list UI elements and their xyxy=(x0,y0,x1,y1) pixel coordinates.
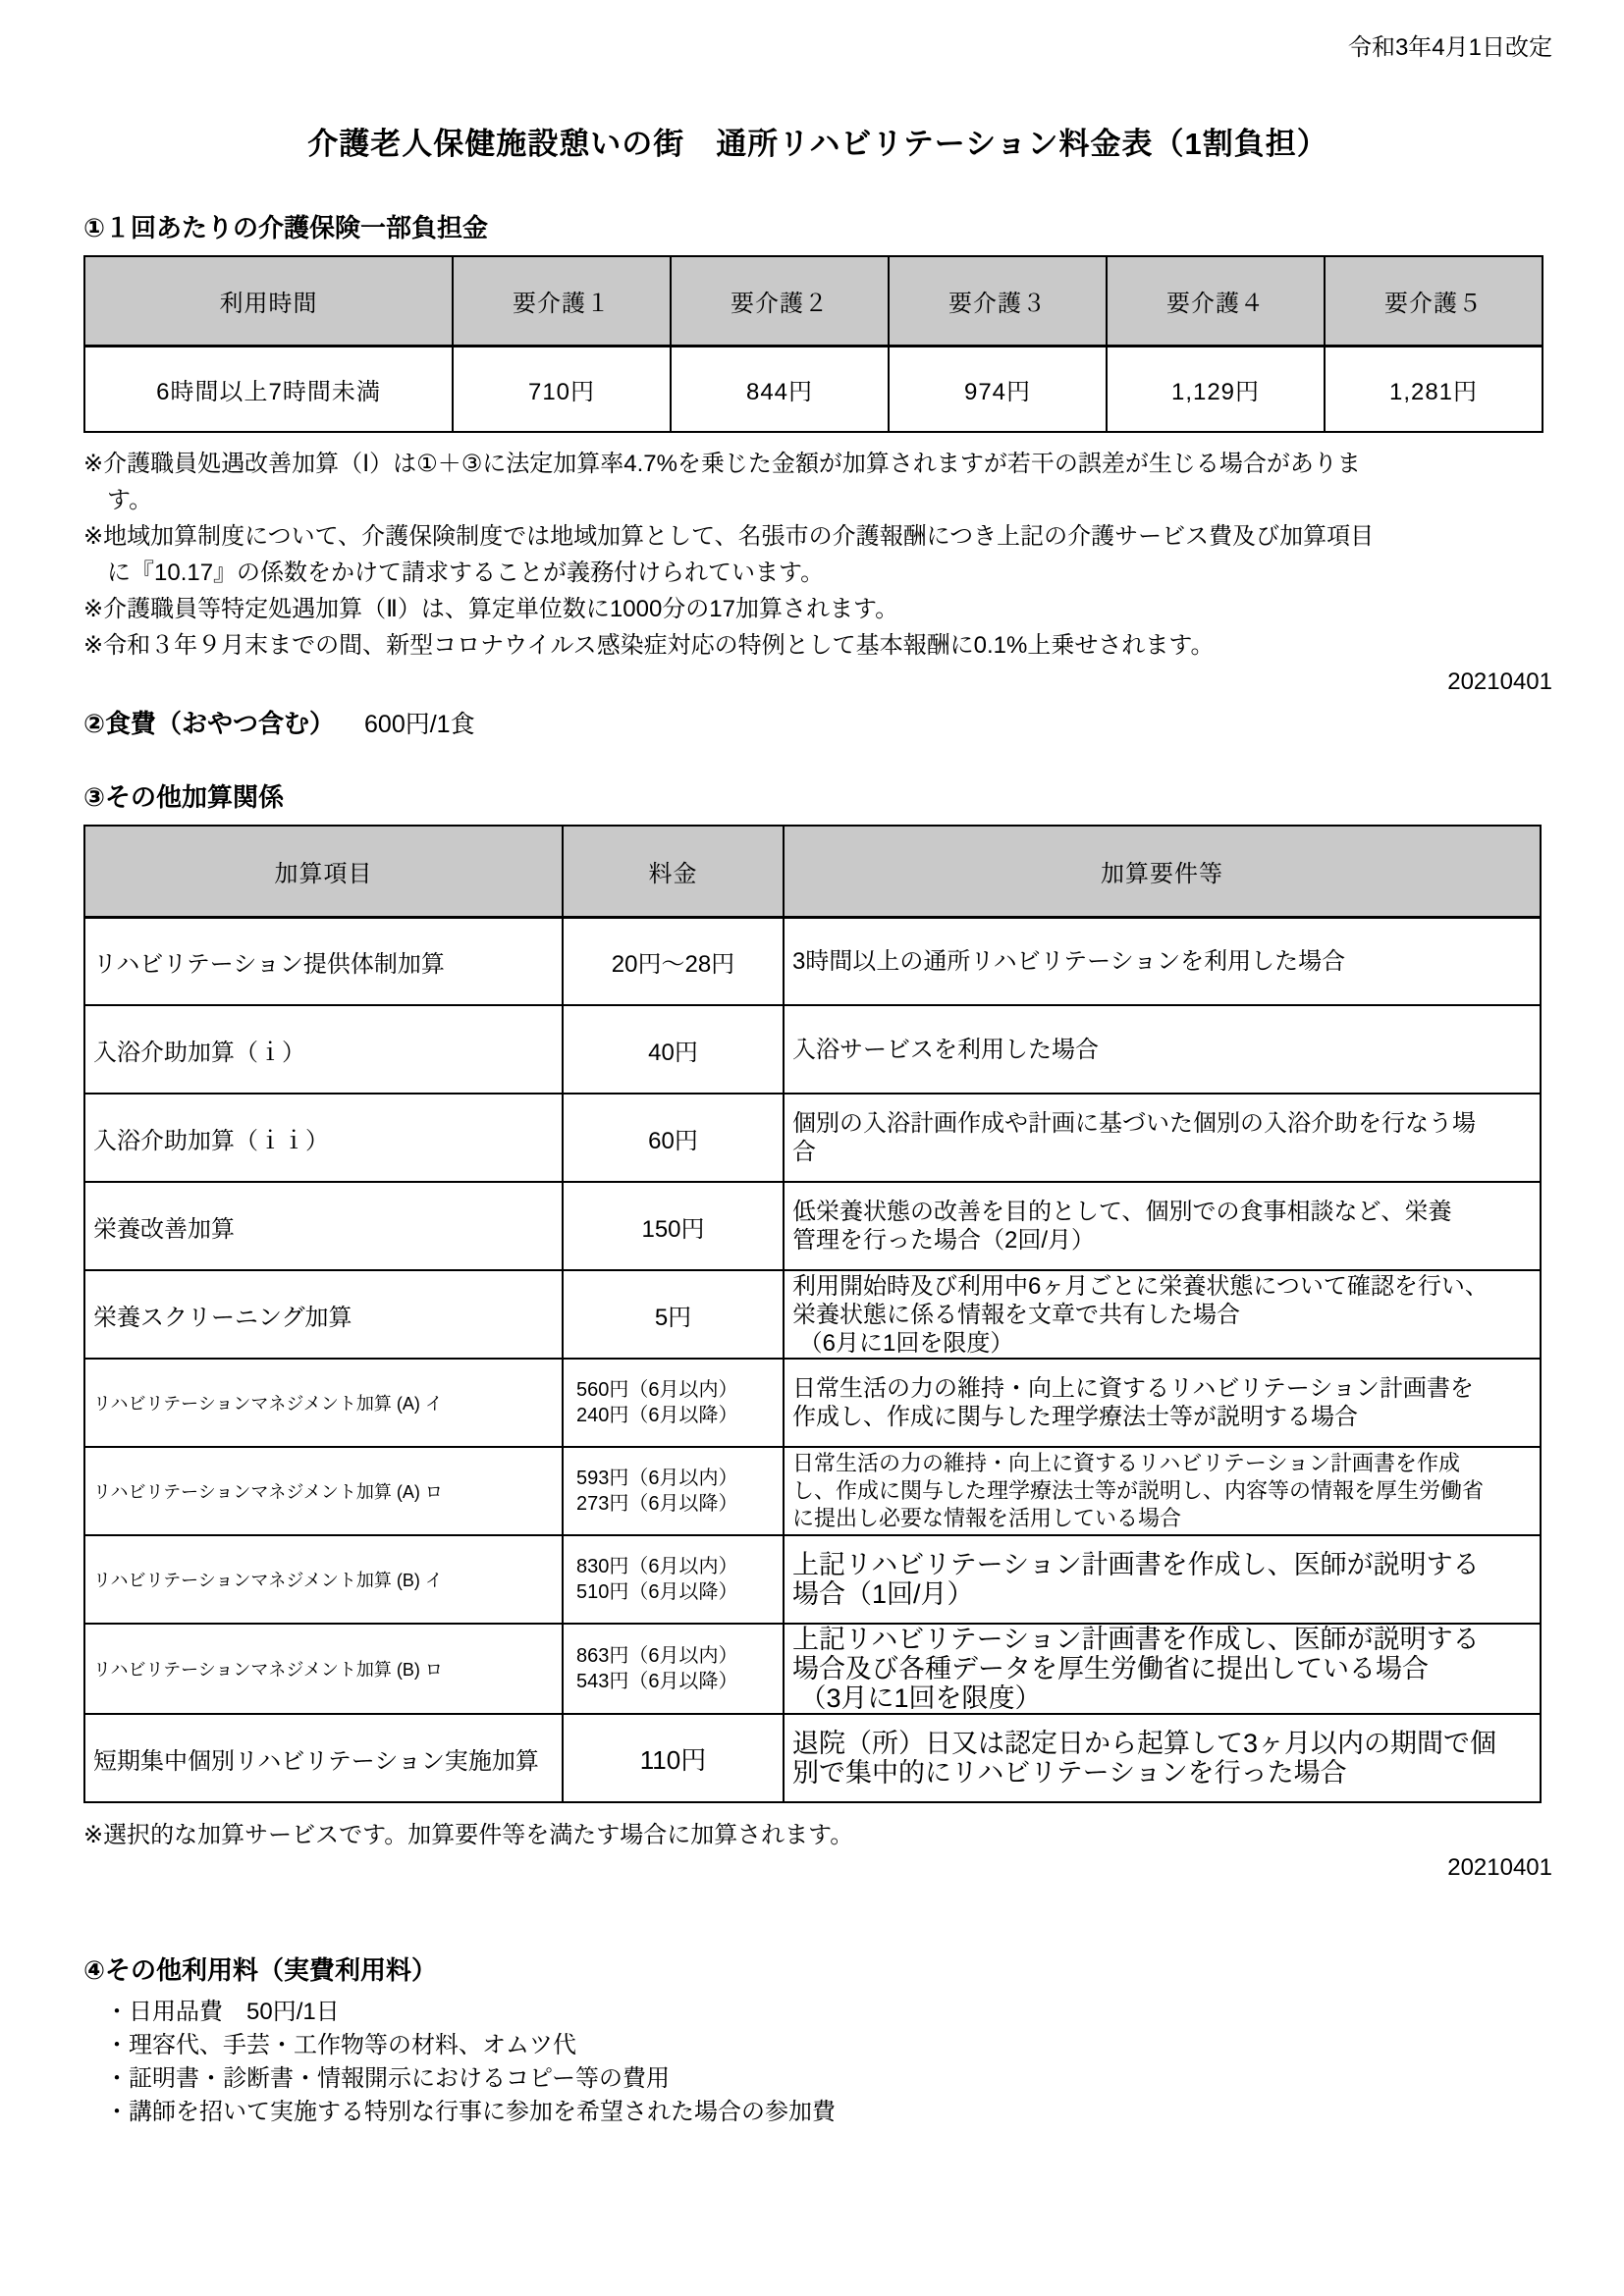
addition-item-cell: 栄養スクリーニング加算 xyxy=(84,1270,563,1359)
price-cell: 1,281円 xyxy=(1325,346,1543,432)
condition-cell: 退院（所）日又は認定日から起算して3ヶ月以内の期間で個 別で集中的にリハビリテー… xyxy=(784,1714,1541,1802)
addition-item-cell: リハビリテーションマネジメント加算 (A) ロ xyxy=(84,1447,563,1535)
table-header-row: 利用時間要介護１要介護２要介護３要介護４要介護５ xyxy=(84,256,1543,346)
revision-date: 令和3年4月1日改定 xyxy=(83,27,1552,62)
note-line: ※地域加算制度について、介護保険制度では地域加算として、名張市の介護報酬につき上… xyxy=(83,518,1552,591)
section4-heading: ④その他利用料（実費利用料） xyxy=(83,1950,1552,1987)
condition-cell: 利用開始時及び利用中6ヶ月ごとに栄養状態について確認を行い、 栄養状態に係る情報… xyxy=(784,1270,1541,1359)
meal-fee-value: 600円/1食 xyxy=(364,711,475,738)
price-cell: 844円 xyxy=(671,346,889,432)
column-header: 要介護３ xyxy=(889,256,1107,346)
table-header-row: 加算項目料金加算要件等 xyxy=(84,826,1541,917)
table-row: 入浴介助加算（ｉｉ）60円個別の入浴計画作成や計画に基づいた個別の入浴介助を行な… xyxy=(84,1094,1541,1182)
table-row: リハビリテーションマネジメント加算 (A) ロ593円（6月以内） 273円（6… xyxy=(84,1447,1541,1535)
meal-fee-line: ②食費（おやつ含む）600円/1食 xyxy=(83,704,1552,740)
note-line: ※介護職員処遇改善加算（Ⅰ）は①＋③に法定加算率4.7%を乗じた金額が加算されま… xyxy=(83,446,1552,518)
table-row: 6時間以上7時間未満710円844円974円1,129円1,281円 xyxy=(84,346,1543,432)
price-cell: 5円 xyxy=(563,1270,784,1359)
usage-time-cell: 6時間以上7時間未満 xyxy=(84,346,453,432)
column-header: 要介護１ xyxy=(453,256,671,346)
section1-notes: ※介護職員処遇改善加算（Ⅰ）は①＋③に法定加算率4.7%を乗じた金額が加算されま… xyxy=(83,446,1552,664)
price-cell: 830円（6月以内） 510円（6月以降） xyxy=(563,1535,784,1624)
fee-list-item: ・日用品費 50円/1日 xyxy=(105,1996,1552,2029)
addition-item-cell: リハビリテーションマネジメント加算 (A) イ xyxy=(84,1359,563,1447)
page-title: 介護老人保健施設憩いの街 通所リハビリテーション料金表（1割負担） xyxy=(83,119,1552,163)
date-stamp-2: 20210401 xyxy=(83,1854,1552,1882)
column-header: 利用時間 xyxy=(84,256,453,346)
condition-cell: 入浴サービスを利用した場合 xyxy=(784,1005,1541,1094)
note-line: ※令和３年９月末までの間、新型コロナウイルス感染症対応の特例として基本報酬に0.… xyxy=(83,627,1552,664)
condition-cell: 日常生活の力の維持・向上に資するリハビリテーション計画書を作成 し、作成に関与し… xyxy=(784,1447,1541,1535)
date-stamp-1: 20210401 xyxy=(83,668,1552,696)
price-cell: 60円 xyxy=(563,1094,784,1182)
care-insurance-copay-table: 利用時間要介護１要介護２要介護３要介護４要介護５ 6時間以上7時間未満710円8… xyxy=(83,255,1543,433)
column-header: 要介護５ xyxy=(1325,256,1543,346)
price-cell: 40円 xyxy=(563,1005,784,1094)
table-row: 栄養スクリーニング加算5円利用開始時及び利用中6ヶ月ごとに栄養状態について確認を… xyxy=(84,1270,1541,1359)
price-cell: 1,129円 xyxy=(1107,346,1325,432)
section1-heading: ①１回あたりの介護保険一部負担金 xyxy=(83,208,1552,244)
table-row: リハビリテーションマネジメント加算 (B) ロ863円（6月以内） 543円（6… xyxy=(84,1624,1541,1714)
addition-item-cell: 入浴介助加算（ｉｉ） xyxy=(84,1094,563,1182)
price-cell: 110円 xyxy=(563,1714,784,1802)
price-cell: 710円 xyxy=(453,346,671,432)
price-cell: 20円～28円 xyxy=(563,917,784,1005)
addition-fees-table: 加算項目料金加算要件等 リハビリテーション提供体制加算20円～28円3時間以上の… xyxy=(83,825,1542,1803)
section3-heading: ③その他加算関係 xyxy=(83,777,1552,814)
price-cell: 863円（6月以内） 543円（6月以降） xyxy=(563,1624,784,1714)
condition-cell: 低栄養状態の改善を目的として、個別での食事相談など、栄養 管理を行った場合（2回… xyxy=(784,1182,1541,1270)
condition-cell: 上記リハビリテーション計画書を作成し、医師が説明する 場合（1回/月） xyxy=(784,1535,1541,1624)
condition-cell: 3時間以上の通所リハビリテーションを利用した場合 xyxy=(784,917,1541,1005)
meal-fee-heading: ②食費（おやつ含む） xyxy=(83,709,335,738)
note-line: ※介護職員等特定処遇加算（Ⅱ）は、算定単位数に1000分の17加算されます。 xyxy=(83,591,1552,627)
fee-list-item: ・証明書・診断書・情報開示におけるコピー等の費用 xyxy=(105,2062,1552,2096)
document-page: 令和3年4月1日改定 介護老人保健施設憩いの街 通所リハビリテーション料金表（1… xyxy=(0,0,1624,2168)
addition-item-cell: リハビリテーション提供体制加算 xyxy=(84,917,563,1005)
table-row: 栄養改善加算150円低栄養状態の改善を目的として、個別での食事相談など、栄養 管… xyxy=(84,1182,1541,1270)
addition-item-cell: 短期集中個別リハビリテーション実施加算 xyxy=(84,1714,563,1802)
condition-cell: 上記リハビリテーション計画書を作成し、医師が説明する 場合及び各種データを厚生労… xyxy=(784,1624,1541,1714)
column-header: 料金 xyxy=(563,826,784,917)
section3-note: ※選択的な加算サービスです。加算要件等を満たす場合に加算されます。 xyxy=(83,1815,1552,1849)
addition-item-cell: リハビリテーションマネジメント加算 (B) ロ xyxy=(84,1624,563,1714)
table-row: 入浴介助加算（ｉ）40円入浴サービスを利用した場合 xyxy=(84,1005,1541,1094)
column-header: 要介護４ xyxy=(1107,256,1325,346)
price-cell: 974円 xyxy=(889,346,1107,432)
addition-item-cell: 入浴介助加算（ｉ） xyxy=(84,1005,563,1094)
price-cell: 593円（6月以内） 273円（6月以降） xyxy=(563,1447,784,1535)
price-cell: 150円 xyxy=(563,1182,784,1270)
table-row: リハビリテーションマネジメント加算 (A) イ560円（6月以内） 240円（6… xyxy=(84,1359,1541,1447)
other-fees-list: ・日用品費 50円/1日・理容代、手芸・工作物等の材料、オムツ代・証明書・診断書… xyxy=(83,1996,1552,2129)
addition-item-cell: 栄養改善加算 xyxy=(84,1182,563,1270)
fee-list-item: ・講師を招いて実施する特別な行事に参加を希望された場合の参加費 xyxy=(105,2096,1552,2129)
table-row: リハビリテーション提供体制加算20円～28円3時間以上の通所リハビリテーションを… xyxy=(84,917,1541,1005)
price-cell: 560円（6月以内） 240円（6月以降） xyxy=(563,1359,784,1447)
addition-item-cell: リハビリテーションマネジメント加算 (B) イ xyxy=(84,1535,563,1624)
column-header: 要介護２ xyxy=(671,256,889,346)
table-row: 短期集中個別リハビリテーション実施加算110円退院（所）日又は認定日から起算して… xyxy=(84,1714,1541,1802)
fee-list-item: ・理容代、手芸・工作物等の材料、オムツ代 xyxy=(105,2029,1552,2062)
column-header: 加算項目 xyxy=(84,826,563,917)
column-header: 加算要件等 xyxy=(784,826,1541,917)
condition-cell: 個別の入浴計画作成や計画に基づいた個別の入浴介助を行なう場 合 xyxy=(784,1094,1541,1182)
condition-cell: 日常生活の力の維持・向上に資するリハビリテーション計画書を 作成し、作成に関与し… xyxy=(784,1359,1541,1447)
table-row: リハビリテーションマネジメント加算 (B) イ830円（6月以内） 510円（6… xyxy=(84,1535,1541,1624)
